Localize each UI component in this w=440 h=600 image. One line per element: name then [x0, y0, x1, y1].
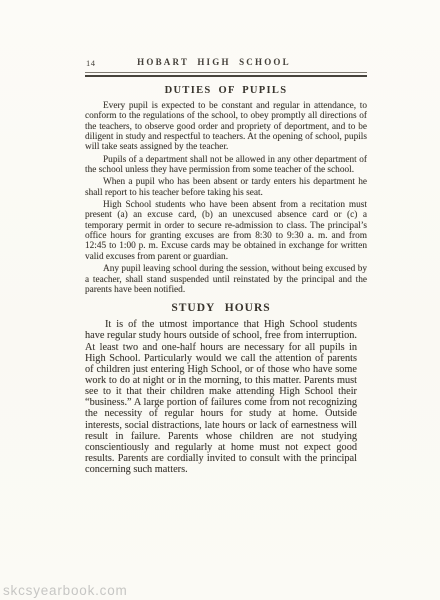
watermark-text: skcsyearbook.com: [3, 583, 128, 598]
section-heading-study-hours: STUDY HOURS: [85, 302, 357, 314]
paragraph: Any pupil leaving school during the sess…: [85, 264, 367, 295]
running-title: HOBART HIGH SCHOOL: [85, 57, 343, 67]
section-heading-duties: DUTIES OF PUPILS: [85, 85, 367, 96]
header-rule-thin: [85, 72, 367, 73]
paragraph: Pupils of a department shall not be allo…: [85, 155, 367, 176]
paragraph: Every pupil is expected to be constant a…: [85, 101, 367, 153]
section-duties-of-pupils: DUTIES OF PUPILS Every pupil is expected…: [85, 85, 367, 295]
section-study-hours: STUDY HOURS It is of the utmost importan…: [85, 302, 357, 475]
running-head: 14 HOBART HIGH SCHOOL: [85, 57, 367, 69]
paragraph: It is of the utmost importance that High…: [85, 319, 357, 475]
page-content: DUTIES OF PUPILS Every pupil is expected…: [85, 85, 367, 477]
scanned-yearbook-page: 14 HOBART HIGH SCHOOL DUTIES OF PUPILS E…: [0, 0, 440, 600]
section-body-study-hours: It is of the utmost importance that High…: [85, 319, 357, 475]
header-rule-thick: [85, 75, 367, 77]
paragraph: High School students who have been absen…: [85, 200, 367, 262]
paragraph: When a pupil who has been absent or tard…: [85, 177, 367, 198]
section-body-duties: Every pupil is expected to be constant a…: [85, 101, 367, 295]
